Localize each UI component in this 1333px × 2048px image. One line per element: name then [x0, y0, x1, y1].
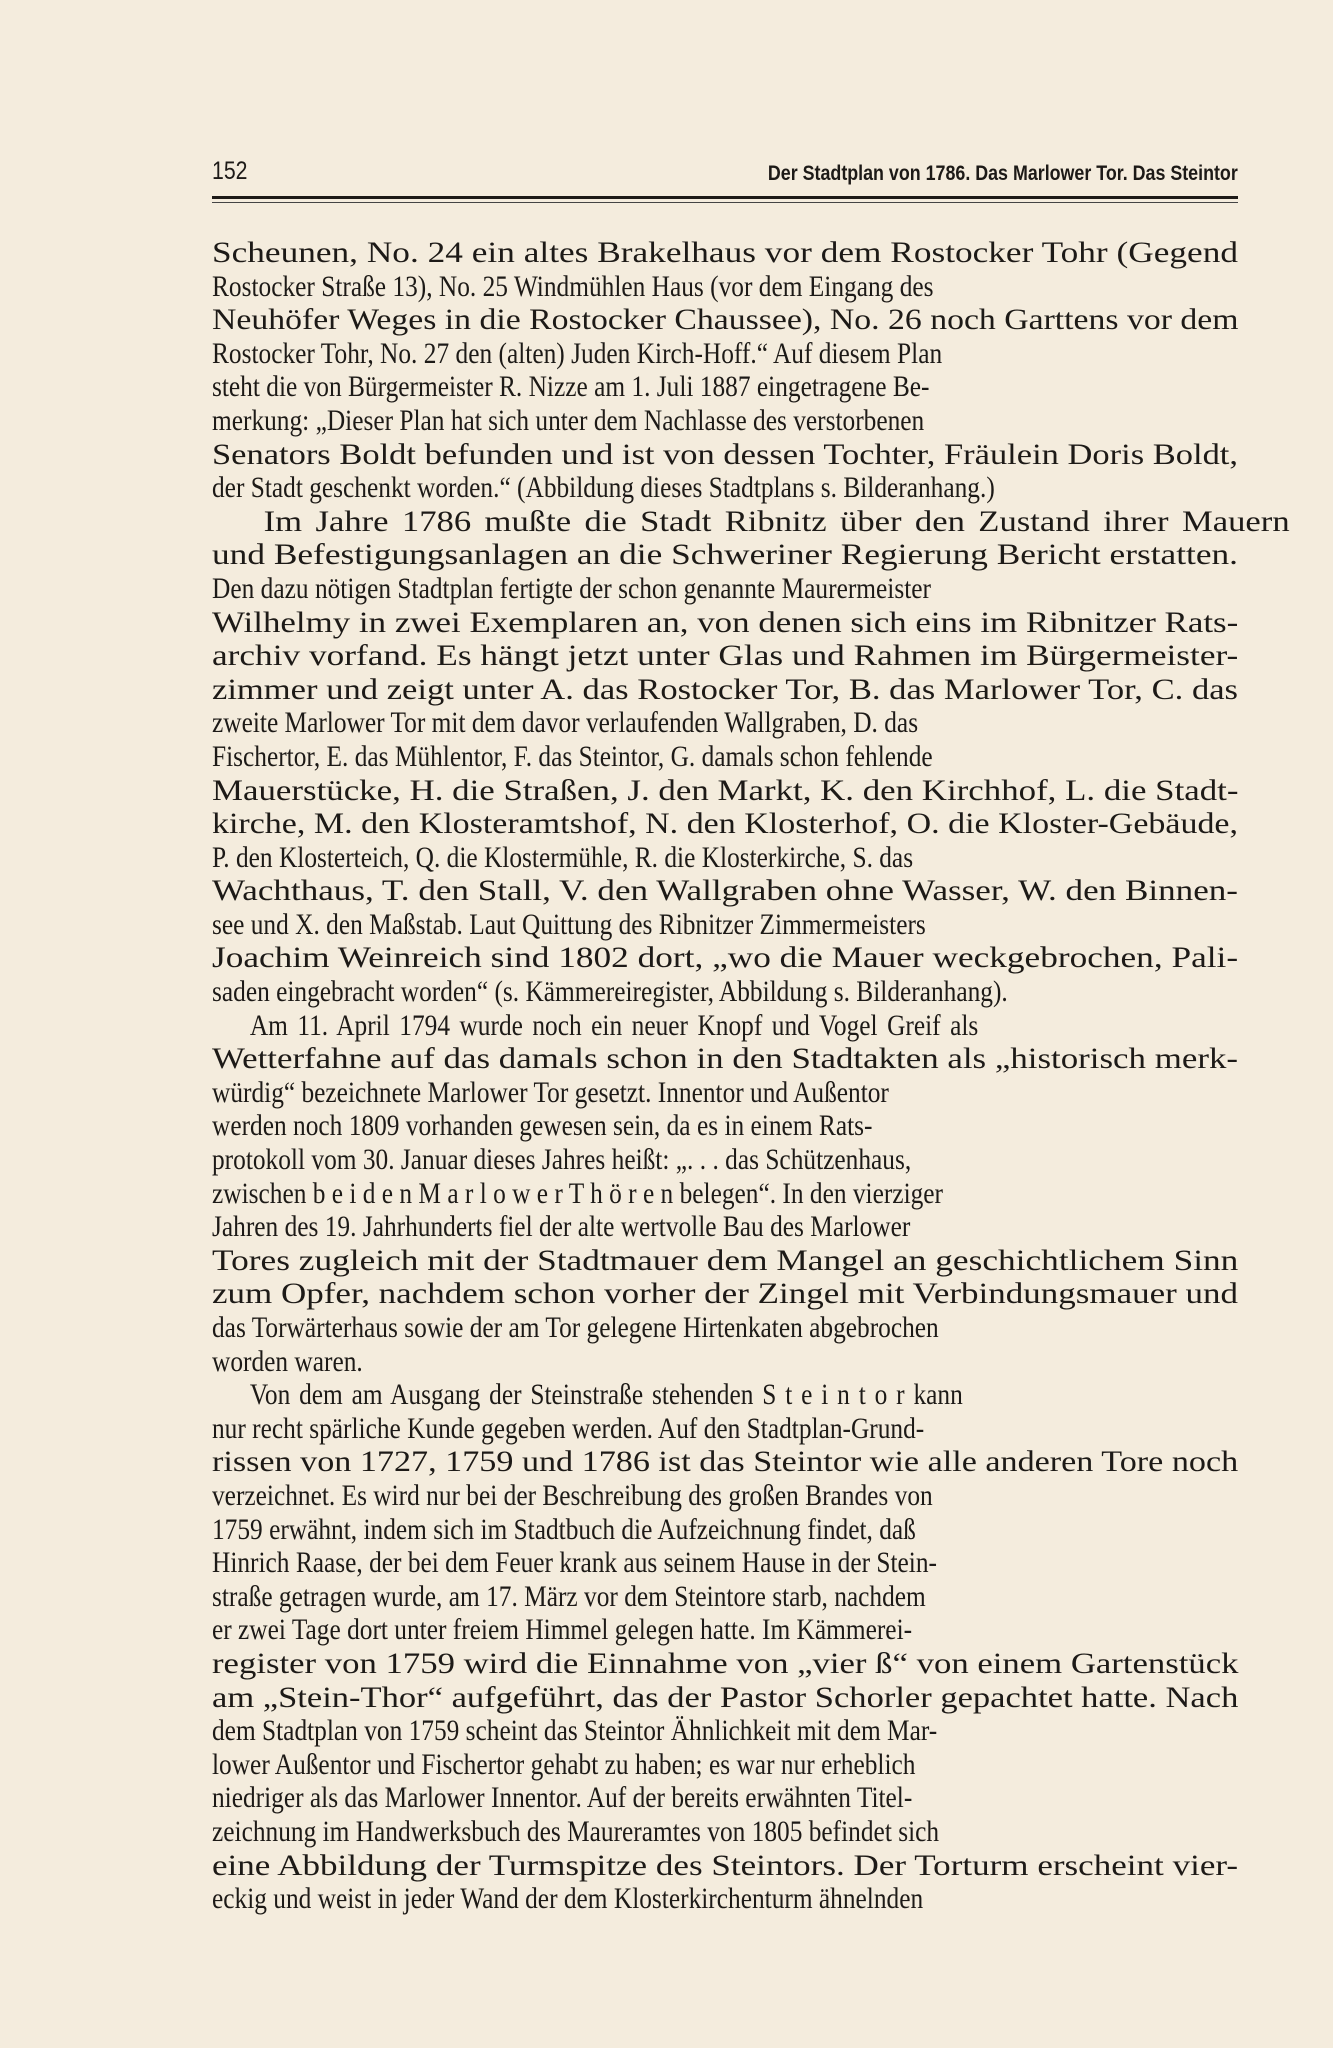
book-page: 152 Der Stadtplan von 1786. Das Marlower…: [212, 158, 1238, 1917]
text-line: protokoll vom 30. Januar dieses Jahres h…: [212, 1144, 911, 1178]
text-line: zwischen b e i d e n M a r l o w e r T h…: [212, 1178, 943, 1212]
text-line: Rostocker Tohr, No. 27 den (alten) Juden…: [212, 338, 942, 372]
paragraph: Im Jahre 1786 mußte die Stadt Ribnitz üb…: [212, 506, 1238, 1010]
paragraph: Von dem am Ausgang der Steinstraße stehe…: [212, 1379, 1238, 1917]
text-line: Neuhöfer Weges in die Rostocker Chaussee…: [212, 304, 1238, 338]
text-line: niedriger als das Marlower Innentor. Auf…: [212, 1782, 912, 1816]
text-line: Im Jahre 1786 mußte die Stadt Ribnitz üb…: [212, 506, 1290, 540]
text-line: zum Opfer, nachdem schon vorher der Zing…: [212, 1278, 1238, 1312]
text-line: worden waren.: [212, 1346, 363, 1380]
text-line: Tores zugleich mit der Stadtmauer dem Ma…: [212, 1245, 1238, 1279]
running-head: 152 Der Stadtplan von 1786. Das Marlower…: [212, 158, 1238, 186]
text-line: Fischertor, E. das Mühlentor, F. das Ste…: [212, 741, 933, 775]
text-line: see und X. den Maßstab. Laut Quittung de…: [212, 909, 926, 943]
text-line: lower Außentor und Fischertor gehabt zu …: [212, 1749, 915, 1783]
paragraph: Scheunen, No. 24 ein altes Brakelhaus vo…: [212, 237, 1238, 506]
text-line: Am 11. April 1794 wurde noch ein neuer K…: [212, 1010, 978, 1044]
text-line: Wetterfahne auf das damals schon in den …: [212, 1043, 1238, 1077]
page-number: 152: [212, 157, 247, 186]
text-line: Mauerstücke, H. die Straßen, J. den Mark…: [212, 775, 1238, 809]
text-line: würdig“ bezeichnete Marlower Tor gesetzt…: [212, 1077, 889, 1111]
text-line: Jahren des 19. Jahrhunderts fiel der alt…: [212, 1211, 910, 1245]
text-line: der Stadt geschenkt worden.“ (Abbildung …: [212, 472, 995, 506]
text-line: nur recht spärliche Kunde gegeben werden…: [212, 1413, 924, 1447]
text-line: werden noch 1809 vorhanden gewesen sein,…: [212, 1110, 872, 1144]
text-line: Wachthaus, T. den Stall, V. den Wallgrab…: [212, 875, 1238, 909]
text-line: am „Stein-Thor“ aufgeführt, das der Past…: [212, 1682, 1238, 1716]
text-line: register von 1759 wird die Einnahme von …: [212, 1648, 1238, 1682]
text-line: Joachim Weinreich sind 1802 dort, „wo di…: [212, 942, 1238, 976]
paragraph: Am 11. April 1794 wurde noch ein neuer K…: [212, 1010, 1238, 1380]
text-line: Rostocker Straße 13), No. 25 Windmühlen …: [212, 271, 934, 305]
text-line: Den dazu nötigen Stadtplan fertigte der …: [212, 573, 931, 607]
text-line: er zwei Tage dort unter freiem Himmel ge…: [212, 1614, 912, 1648]
text-line: verzeichnet. Es wird nur bei der Beschre…: [212, 1480, 933, 1514]
text-line: dem Stadtplan von 1759 scheint das Stein…: [212, 1715, 937, 1749]
text-line: zweite Marlower Tor mit dem davor verlau…: [212, 707, 918, 741]
text-line: zimmer und zeigt unter A. das Rostocker …: [212, 674, 1238, 708]
text-line: Von dem am Ausgang der Steinstraße stehe…: [212, 1379, 963, 1413]
text-line: zeichnung im Handwerksbuch des Maureramt…: [212, 1816, 939, 1850]
text-line: Wilhelmy in zwei Exemplaren an, von dene…: [212, 607, 1238, 641]
text-line: archiv vorfand. Es hängt jetzt unter Gla…: [212, 640, 1238, 674]
text-line: eckig und weist in jeder Wand der dem Kl…: [212, 1883, 923, 1917]
running-title: Der Stadtplan von 1786. Das Marlower Tor…: [768, 162, 1238, 186]
text-line: P. den Klosterteich, Q. die Klostermühle…: [212, 842, 913, 876]
text-line: merkung: „Dieser Plan hat sich unter dem…: [212, 405, 924, 439]
header-rule-thick: [212, 196, 1238, 199]
text-line: kirche, M. den Klosteramtshof, N. den Kl…: [212, 808, 1238, 842]
text-line: und Befestigungsanlagen an die Schwerine…: [212, 539, 1238, 573]
text-line: Hinrich Raase, der bei dem Feuer krank a…: [212, 1547, 937, 1581]
text-line: das Torwärterhaus sowie der am Tor geleg…: [212, 1312, 939, 1346]
text-line: saden eingebracht worden“ (s. Kämmereire…: [212, 976, 1008, 1010]
body-text: Scheunen, No. 24 ein altes Brakelhaus vo…: [212, 237, 1238, 1917]
text-line: rissen von 1727, 1759 und 1786 ist das S…: [212, 1446, 1238, 1480]
text-line: eine Abbildung der Turmspitze des Steint…: [212, 1850, 1238, 1884]
text-line: straße getragen wurde, am 17. März vor d…: [212, 1581, 926, 1615]
text-line: steht die von Bürgermeister R. Nizze am …: [212, 371, 929, 405]
text-line: Senators Boldt befunden und ist von dess…: [212, 439, 1238, 473]
text-line: 1759 erwähnt, indem sich im Stadtbuch di…: [212, 1514, 915, 1548]
text-line: Scheunen, No. 24 ein altes Brakelhaus vo…: [212, 237, 1238, 271]
header-rule-thin: [212, 202, 1238, 203]
